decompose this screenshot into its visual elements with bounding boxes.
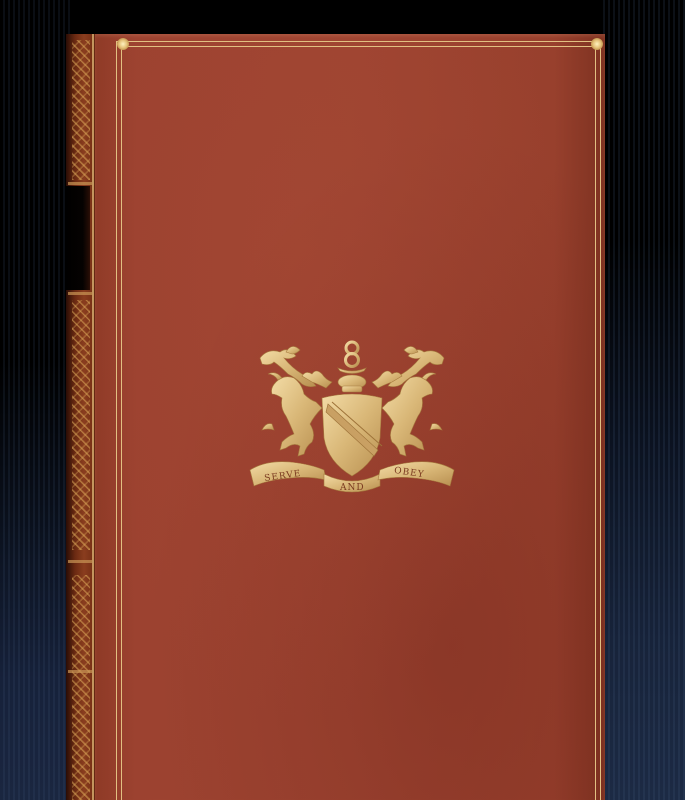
gilt-fillet-left-outer [116,41,117,800]
spine-ornament-top [72,40,90,180]
spine-shadow-gap [66,186,90,290]
gilt-fillet-right-outer [600,41,601,800]
gilt-fillet-left-inner [121,46,122,800]
knot-badge-icon [338,342,366,374]
spine-band [68,182,92,185]
spine-band [68,670,92,673]
gilt-fillet-right-inner [595,46,596,800]
spine-band [68,560,92,563]
gilt-fillet-top-outer [117,41,601,42]
spine-ornament-middle [72,300,90,550]
corner-rosette-top-right [591,38,603,50]
motto-center: AND [339,483,365,493]
spine-ornament-bottom [72,575,90,800]
gilt-fillet-top-inner [121,46,597,47]
spine-band [68,292,92,295]
corner-rosette-top-left [117,38,129,50]
background-right [600,0,685,800]
spine-gilt-fillet [92,34,94,800]
background-left [0,0,70,800]
coat-of-arms: SERVE AND OBEY [246,338,458,498]
helm-icon [338,375,366,392]
shield-icon [322,394,382,476]
